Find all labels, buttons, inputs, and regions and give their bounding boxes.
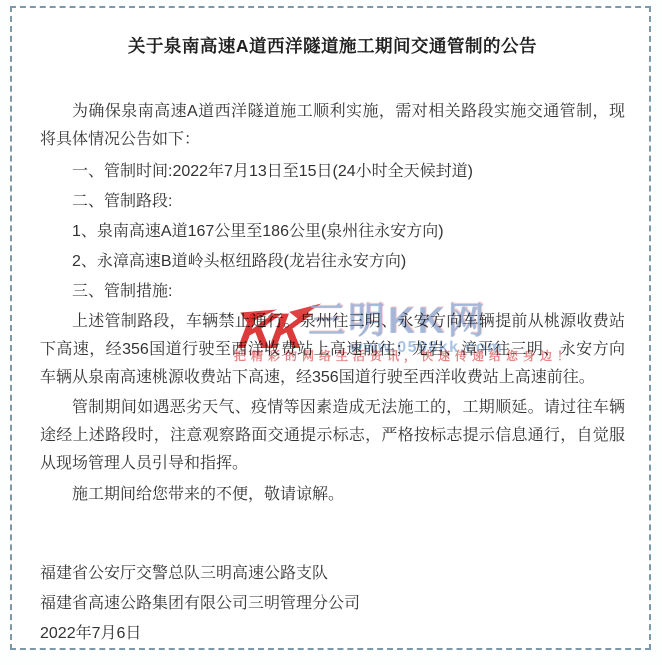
measures-paragraph-2: 管制期间如遇恶劣天气、疫情等因素造成无法施工的，工期顺延。请过往车辆途经上述路段…	[40, 394, 625, 478]
measures-paragraph-1: 上述管制路段，车辆禁止通行。泉州往三明、永安方向车辆提前从桃源收费站下高速，经3…	[40, 308, 625, 392]
notice-title: 关于泉南高速A道西洋隧道施工期间交通管制的公告	[40, 34, 625, 58]
apology-paragraph: 施工期间给您带来的不便，敬请谅解。	[40, 481, 625, 509]
signature-org-2: 福建省高速公路集团有限公司三明管理分公司	[40, 589, 625, 619]
control-sections-item: 二、管制路段:	[40, 188, 625, 216]
notice-body: 为确保泉南高速A道西洋隧道施工顺利实施，需对相关路段实施交通管制，现将具体情况公…	[40, 98, 625, 509]
control-time-item: 一、管制时间:2022年7月13日至15日(24小时全天候封道)	[40, 158, 625, 186]
signature-date: 2022年7月6日	[40, 619, 625, 649]
road-item-1: 1、泉南高速A道167公里至186公里(泉州往永安方向)	[40, 218, 625, 246]
road-item-2: 2、永漳高速B道岭头枢纽路段(龙岩往永安方向)	[40, 248, 625, 276]
notice-sheet: 关于泉南高速A道西洋隧道施工期间交通管制的公告 为确保泉南高速A道西洋隧道施工顺…	[10, 6, 651, 650]
signature-org-1: 福建省公安厅交警总队三明高速公路支队	[40, 559, 625, 589]
notice-content: 关于泉南高速A道西洋隧道施工期间交通管制的公告 为确保泉南高速A道西洋隧道施工顺…	[12, 8, 649, 649]
signature-block: 福建省公安厅交警总队三明高速公路支队 福建省高速公路集团有限公司三明管理分公司 …	[40, 559, 625, 649]
control-measures-item: 三、管制措施:	[40, 278, 625, 306]
intro-paragraph: 为确保泉南高速A道西洋隧道施工顺利实施，需对相关路段实施交通管制，现将具体情况公…	[40, 98, 625, 154]
